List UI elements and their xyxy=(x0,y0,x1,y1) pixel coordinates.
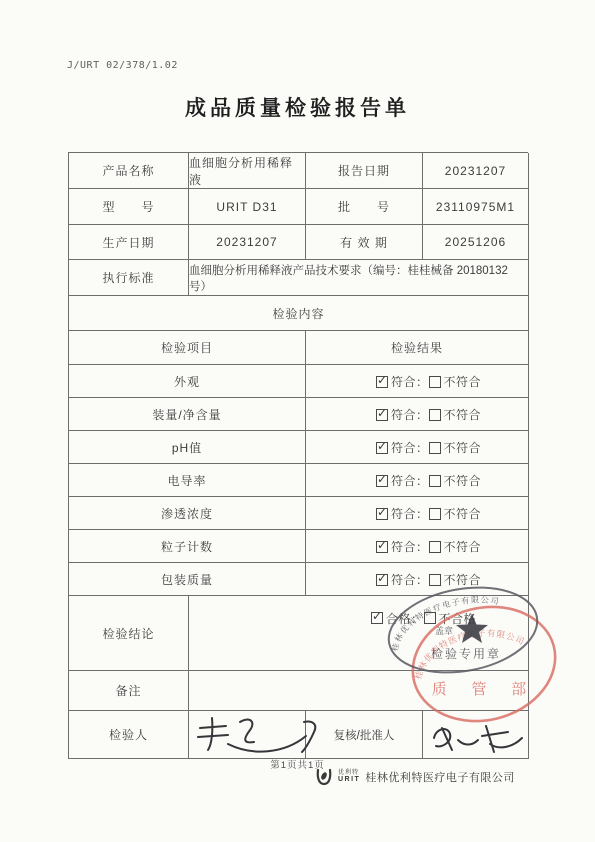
table-row: 检验人 复核/批准人 xyxy=(69,711,528,759)
checkbox-checked-icon xyxy=(376,541,388,553)
checkbox-unchecked-icon xyxy=(429,376,441,388)
table-row: 包装质量 符合：不符合 xyxy=(69,563,528,596)
production-date-value: 20231207 xyxy=(189,225,306,260)
inspector-signature-cell xyxy=(189,711,306,759)
checkbox-unchecked-icon xyxy=(429,574,441,586)
checkbox-checked-icon xyxy=(376,442,388,454)
item-name: pH值 xyxy=(69,431,306,464)
pass-label: 符合 xyxy=(391,439,416,456)
item-result: 符合：不符合 xyxy=(306,464,529,497)
footer-brand: 优利特 URIT 桂林优利特医疗电子有限公司 xyxy=(315,768,515,786)
fail-label: 不符合 xyxy=(444,373,482,390)
item-name: 外观 xyxy=(69,365,306,398)
table-row: 型 号 URIT D31 批 号 23110975M1 xyxy=(69,189,528,225)
checkbox-checked-icon xyxy=(376,508,388,520)
checkbox-checked-icon xyxy=(376,409,388,421)
item-column-header: 检验项目 xyxy=(69,331,306,365)
table-row: 检验内容 xyxy=(69,296,528,331)
item-result: 符合：不符合 xyxy=(306,530,529,563)
expiry-label: 有 效 期 xyxy=(306,225,423,260)
checkbox-unchecked-icon xyxy=(424,612,436,624)
table-row: 执行标准 血细胞分析用稀释液产品技术要求（编号：桂桂械备 20180132 号） xyxy=(69,260,528,296)
table-row: 电导率 符合：不符合 xyxy=(69,464,528,497)
item-result: 符合：不符合 xyxy=(306,365,529,398)
reviewer-signature-cell xyxy=(423,711,529,759)
pass-label: 符合 xyxy=(391,505,416,522)
model-value: URIT D31 xyxy=(189,189,306,225)
separator: ： xyxy=(416,505,429,522)
batch-label: 批 号 xyxy=(306,189,423,225)
remark-label: 备注 xyxy=(69,671,189,711)
model-label: 型 号 xyxy=(69,189,189,225)
item-name: 装量/净含量 xyxy=(69,398,306,431)
table-row: 检验结论 合格：不合格 xyxy=(69,596,528,671)
conclusion-label: 检验结论 xyxy=(69,596,189,671)
pass-label: 符合 xyxy=(391,472,416,489)
product-name-value: 血细胞分析用稀释液 xyxy=(189,153,306,189)
conclusion-value: 合格：不合格 xyxy=(189,596,529,671)
footer-company-name: 桂林优利特医疗电子有限公司 xyxy=(365,769,515,785)
pass-label: 符合 xyxy=(391,406,416,423)
table-row: 产品名称 血细胞分析用稀释液 报告日期 20231207 xyxy=(69,153,528,189)
fail-label: 不符合 xyxy=(444,538,482,555)
table-row: 装量/净含量 符合：不符合 xyxy=(69,398,528,431)
fail-label: 不符合 xyxy=(444,406,482,423)
checkbox-checked-icon xyxy=(376,574,388,586)
report-table: 产品名称 血细胞分析用稀释液 报告日期 20231207 型 号 URIT D3… xyxy=(68,152,528,759)
production-date-label: 生产日期 xyxy=(69,225,189,260)
separator: ： xyxy=(416,538,429,555)
fail-label: 不符合 xyxy=(444,571,482,588)
separator: ： xyxy=(416,472,429,489)
pass-label: 合格 xyxy=(386,612,411,626)
table-row: 检验项目 检验结果 xyxy=(69,331,528,365)
batch-value: 23110975M1 xyxy=(423,189,529,225)
checkbox-unchecked-icon xyxy=(429,409,441,421)
table-row: 渗透浓度 符合：不符合 xyxy=(69,497,528,530)
separator: ： xyxy=(416,439,429,456)
conclusion-checkboxes: 合格：不合格 xyxy=(371,610,476,627)
table-row: 备注 xyxy=(69,671,528,711)
report-date-label: 报告日期 xyxy=(306,153,423,189)
result-column-header: 检验结果 xyxy=(306,331,529,365)
checkbox-checked-icon xyxy=(371,612,383,624)
checkbox-unchecked-icon xyxy=(429,475,441,487)
item-name: 电导率 xyxy=(69,464,306,497)
inspection-content-header: 检验内容 xyxy=(69,296,529,331)
checkbox-unchecked-icon xyxy=(429,508,441,520)
checkbox-checked-icon xyxy=(376,376,388,388)
checkbox-unchecked-icon xyxy=(429,541,441,553)
table-row: pH值 符合：不符合 xyxy=(69,431,528,464)
fail-label: 不符合 xyxy=(444,439,482,456)
item-result: 符合：不符合 xyxy=(306,431,529,464)
pass-label: 符合 xyxy=(391,538,416,555)
standard-value: 血细胞分析用稀释液产品技术要求（编号：桂桂械备 20180132 号） xyxy=(189,260,529,296)
item-result: 符合：不符合 xyxy=(306,563,529,596)
separator: ： xyxy=(411,612,424,626)
table-row: 外观 符合：不符合 xyxy=(69,365,528,398)
item-name: 粒子计数 xyxy=(69,530,306,563)
pass-label: 符合 xyxy=(391,373,416,390)
report-date-value: 20231207 xyxy=(423,153,529,189)
table-row: 粒子计数 符合：不符合 xyxy=(69,530,528,563)
brand-name-en: URIT xyxy=(338,776,360,783)
table-row: 生产日期 20231207 有 效 期 20251206 xyxy=(69,225,528,260)
checkbox-checked-icon xyxy=(376,475,388,487)
remark-value xyxy=(189,671,529,711)
product-name-label: 产品名称 xyxy=(69,153,189,189)
separator: ： xyxy=(416,571,429,588)
item-name: 渗透浓度 xyxy=(69,497,306,530)
fail-label: 不合格 xyxy=(439,612,477,626)
item-result: 符合：不符合 xyxy=(306,398,529,431)
separator: ： xyxy=(416,406,429,423)
page-title: 成品质量检验报告单 xyxy=(0,92,595,122)
brand-text-stack: 优利特 URIT xyxy=(338,770,360,784)
expiry-value: 20251206 xyxy=(423,225,529,260)
document-code: J/URT 02/378/1.02 xyxy=(67,60,178,71)
item-name: 包装质量 xyxy=(69,563,306,596)
fail-label: 不符合 xyxy=(444,472,482,489)
inspector-label: 检验人 xyxy=(69,711,189,759)
urit-logo-icon xyxy=(315,768,333,786)
pass-label: 符合 xyxy=(391,571,416,588)
separator: ： xyxy=(416,373,429,390)
fail-label: 不符合 xyxy=(444,505,482,522)
reviewer-label: 复核/批准人 xyxy=(306,711,423,759)
standard-label: 执行标准 xyxy=(69,260,189,296)
checkbox-unchecked-icon xyxy=(429,442,441,454)
item-result: 符合：不符合 xyxy=(306,497,529,530)
